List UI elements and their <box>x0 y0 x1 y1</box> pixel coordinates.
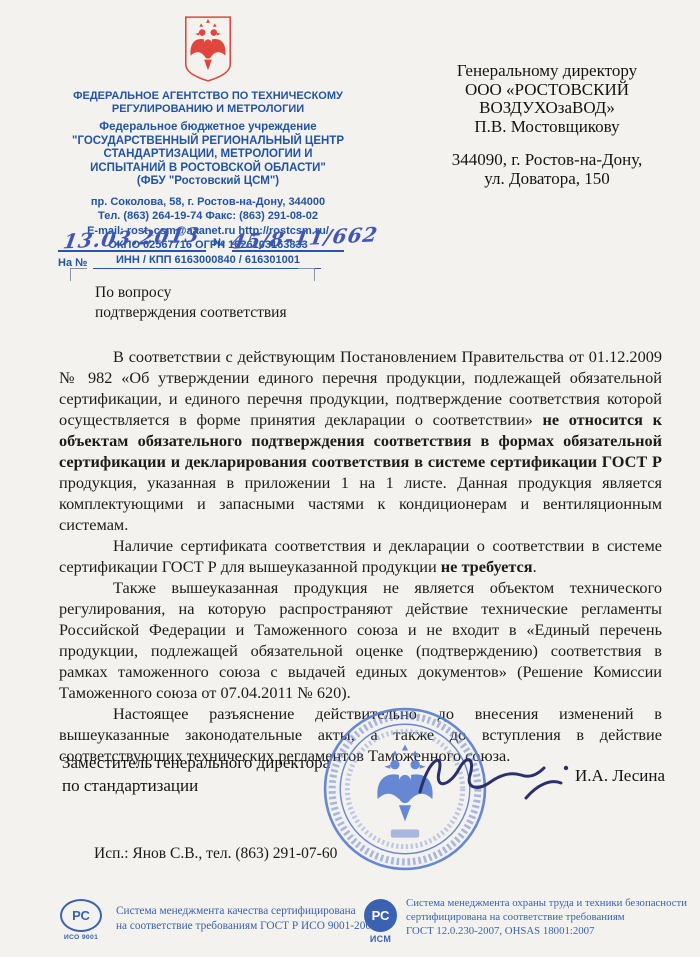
body-segment: Наличие сертификата соответствия и декла… <box>59 536 662 576</box>
footer-left-line: на соответствие требованиям ГОСТ Р ИСО 9… <box>116 919 377 934</box>
footer-right-line: Система менеджмента охраны труда и техни… <box>406 897 687 911</box>
institution-short-name: (ФБУ "Ростовский ЦСМ") <box>38 175 378 189</box>
number-sign-label: № <box>213 237 225 249</box>
ism-certification-badge: РС ИСМ <box>364 899 397 944</box>
footer-left-line: Система менеджмента качества сертифициро… <box>116 904 377 919</box>
body-segment: продукция, указанная в приложении 1 на 1… <box>59 473 662 534</box>
reference-blank-line <box>93 254 321 269</box>
recipient-address-line: ул. Доватора, 150 <box>408 170 686 189</box>
institution-name-line: СТАНДАРТИЗАЦИИ, МЕТРОЛОГИИ И <box>38 148 378 162</box>
recipient-line: ВОЗДУХОзаВОД» <box>408 99 686 118</box>
signatory-position: Заместитель генерального директора по ст… <box>62 751 330 797</box>
recipient-address-line: 344090, г. Ростов-на-Дону, <box>408 151 686 170</box>
rst-mark-icon: РС <box>60 899 102 932</box>
iso-9001-certification-badge: РС ИСО 9001 <box>60 899 102 941</box>
recipient-line: П.В. Мостовщикову <box>408 118 686 137</box>
footer-left-text: Система менеджмента качества сертифициро… <box>116 904 377 934</box>
body-text: В соответствии с действующим Постановлен… <box>59 346 662 766</box>
agency-name-line: РЕГУЛИРОВАНИЮ И МЕТРОЛОГИИ <box>38 103 378 116</box>
body-paragraph: Также вышеуказанная продукция не являетс… <box>59 577 662 703</box>
handwritten-date: 13.03.2013 <box>62 222 202 253</box>
agency-name-line: ФЕДЕРАЛЬНОЕ АГЕНТСТВО ПО ТЕХНИЧЕСКОМУ <box>38 90 378 103</box>
subject-line: По вопросу <box>95 283 287 303</box>
subject-line: подтверждения соответствия <box>95 303 287 323</box>
footer-right-text: Система менеджмента охраны труда и техни… <box>406 897 687 938</box>
body-segment: Также вышеуказанная продукция не являетс… <box>59 578 662 702</box>
recipient-line: Генеральному директору <box>408 62 686 81</box>
recipient-block: Генеральному директору ООО «РОСТОВСКИЙ В… <box>408 62 686 188</box>
body-paragraph: В соответствии с действующим Постановлен… <box>59 346 662 535</box>
institution-type: Федеральное бюджетное учреждение <box>38 121 378 135</box>
date-number-row: 13.03.2013 № 45/8-11/662 <box>58 220 344 252</box>
address-line: пр. Соколова, 58, г. Ростов-на-Дону, 344… <box>38 195 378 210</box>
signatory-name: И.А. Лесина <box>565 766 665 786</box>
rst-mark-icon: РС <box>364 899 397 932</box>
footer-right-line: сертифицирована на соответствие требован… <box>406 911 687 925</box>
handwritten-signature-icon <box>408 738 576 816</box>
iso-badge-caption: ИСО 9001 <box>60 934 102 941</box>
body-segment-bold: не требуется <box>441 557 533 576</box>
recipient-line: ООО «РОСТОВСКИЙ <box>408 81 686 100</box>
address-zone-corner-mark-right <box>298 268 315 281</box>
reference-row: На № <box>58 254 321 269</box>
number-field: 45/8-11/662 <box>232 226 344 252</box>
signatory-position-line: Заместитель генерального директора <box>62 751 330 774</box>
executor-line: Исп.: Янов С.В., тел. (863) 291-07-60 <box>94 845 337 863</box>
date-field: 13.03.2013 <box>58 226 206 252</box>
footer-right-line: ГОСТ 12.0.230-2007, OHSAS 18001:2007 <box>406 925 687 939</box>
coat-of-arms-eagle-icon <box>179 14 237 84</box>
subject-block: По вопросу подтверждения соответствия <box>95 283 287 322</box>
institution-name-line: "ГОСУДАРСТВЕННЫЙ РЕГИОНАЛЬНЫЙ ЦЕНТР <box>38 135 378 149</box>
body-paragraph: Наличие сертификата соответствия и декла… <box>59 535 662 577</box>
signatory-position-line: по стандартизации <box>62 774 330 797</box>
scanned-letter-page: ФЕДЕРАЛЬНОЕ АГЕНТСТВО ПО ТЕХНИЧЕСКОМУ РЕ… <box>0 0 700 957</box>
ism-badge-caption: ИСМ <box>364 934 397 944</box>
body-segment: . <box>533 557 537 576</box>
address-zone-corner-mark-left <box>70 268 87 281</box>
institution-name-line: ИСПЫТАНИЙ В РОСТОВСКОЙ ОБЛАСТИ" <box>38 162 378 176</box>
